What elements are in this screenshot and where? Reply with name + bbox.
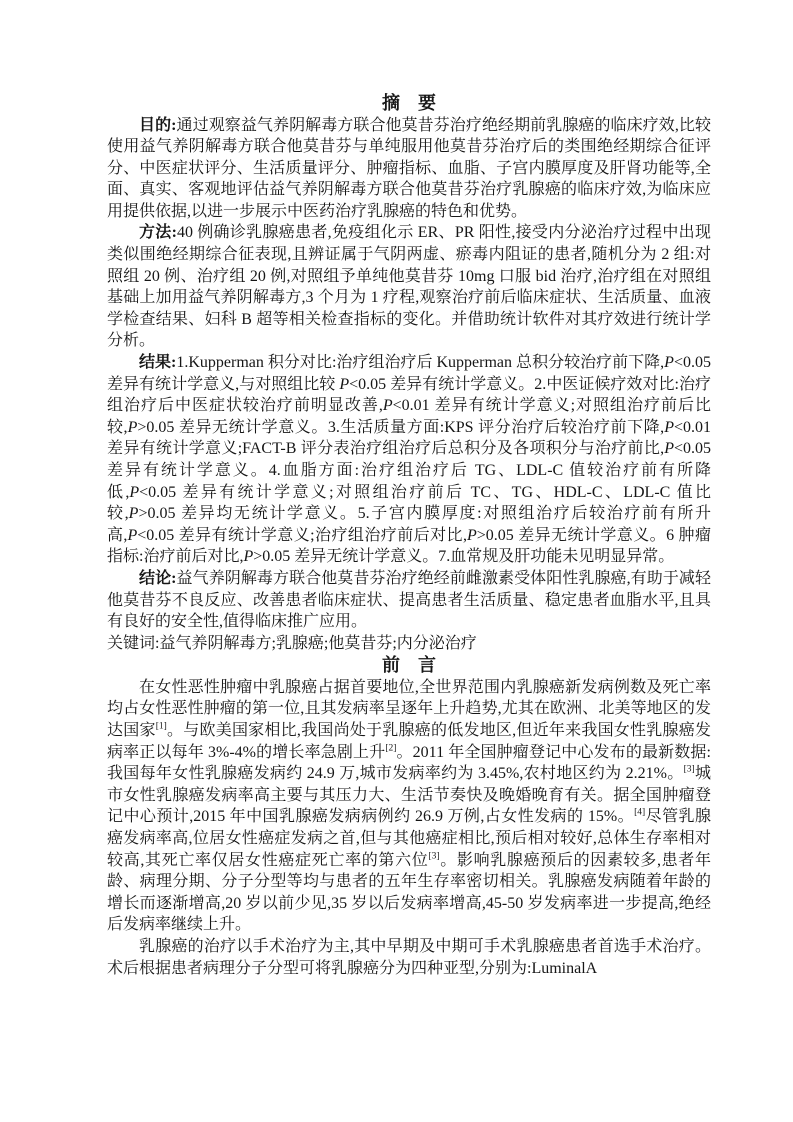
intro-paragraph-2-text: 乳腺癌的治疗以手术治疗为主,其中早期及中期可手术乳腺癌患者首选手术治疗。术后根据…	[107, 938, 711, 977]
abstract-methods-paragraph: 方法:40 例确诊乳腺癌患者,免疫组化示 ER、PR 阳性,接受内分泌治疗过程中…	[107, 222, 711, 352]
methods-text: 40 例确诊乳腺癌患者,免疫组化示 ER、PR 阳性,接受内分泌治疗过程中出现类…	[107, 224, 711, 349]
italic-p-symbol: P	[664, 354, 674, 371]
italic-p-symbol: P	[664, 440, 674, 457]
document-page: 摘 要 目的:通过观察益气养阴解毒方联合他莫昔芬治疗绝经期前乳腺癌的临床疗效,比…	[0, 0, 793, 1122]
italic-p-symbol: P	[664, 419, 674, 436]
abstract-conclusion-paragraph: 结论:益气养阴解毒方联合他莫昔芬治疗绝经前雌激素受体阳性乳腺癌,有助于减轻他莫昔…	[107, 568, 711, 633]
conclusion-text: 益气养阴解毒方联合他莫昔芬治疗绝经前雌激素受体阳性乳腺癌,有助于减轻他莫昔芬不良…	[107, 570, 711, 630]
citation-ref: [1]	[156, 722, 167, 732]
abstract-heading: 摘 要	[107, 92, 711, 115]
methods-label: 方法:	[139, 224, 177, 241]
intro-paragraph-2: 乳腺癌的治疗以手术治疗为主,其中早期及中期可手术乳腺癌患者首选手术治疗。术后根据…	[107, 936, 711, 979]
intro-paragraph-1: 在女性恶性肿瘤中乳腺癌占据首要地位,全世界范围内乳腺癌新发病例数及死亡率均占女性…	[107, 677, 711, 936]
italic-p-symbol: P	[243, 548, 253, 565]
citation-ref: [3]	[684, 765, 695, 775]
keywords-line: 关键词:益气养阴解毒方;乳腺癌;他莫昔芬;内分泌治疗	[107, 633, 711, 655]
italic-p-symbol: P	[383, 397, 393, 414]
introduction-heading: 前 言	[107, 654, 711, 677]
citation-ref: [2]	[385, 743, 396, 753]
objective-text: 通过观察益气养阴解毒方联合他莫昔芬治疗绝经期前乳腺癌的临床疗效,比较使用益气养阴…	[107, 117, 711, 220]
citation-ref: [3]	[428, 851, 439, 861]
keywords-text: 益气养阴解毒方;乳腺癌;他莫昔芬;内分泌治疗	[159, 635, 476, 652]
italic-p-symbol: P	[129, 505, 139, 522]
italic-p-symbol: P	[127, 527, 137, 544]
results-text: 1.Kupperman 积分对比:治疗组治疗后 Kupperman 总积分较治疗…	[107, 354, 711, 565]
objective-label: 目的:	[139, 117, 176, 134]
keywords-label: 关键词:	[107, 635, 159, 652]
italic-p-symbol: P	[128, 419, 138, 436]
conclusion-label: 结论:	[139, 570, 176, 587]
italic-p-symbol: P	[339, 376, 349, 393]
page-content: 摘 要 目的:通过观察益气养阴解毒方联合他莫昔芬治疗绝经期前乳腺癌的临床疗效,比…	[107, 92, 711, 979]
citation-ref: [4]	[634, 808, 645, 818]
italic-p-symbol: P	[129, 484, 139, 501]
intro-paragraph-1-text: 在女性恶性肿瘤中乳腺癌占据首要地位,全世界范围内乳腺癌新发病例数及死亡率均占女性…	[107, 679, 711, 934]
results-label: 结果:	[139, 354, 176, 371]
abstract-results-paragraph: 结果:1.Kupperman 积分对比:治疗组治疗后 Kupperman 总积分…	[107, 352, 711, 568]
abstract-objective-paragraph: 目的:通过观察益气养阴解毒方联合他莫昔芬治疗绝经期前乳腺癌的临床疗效,比较使用益…	[107, 115, 711, 223]
italic-p-symbol: P	[467, 527, 477, 544]
